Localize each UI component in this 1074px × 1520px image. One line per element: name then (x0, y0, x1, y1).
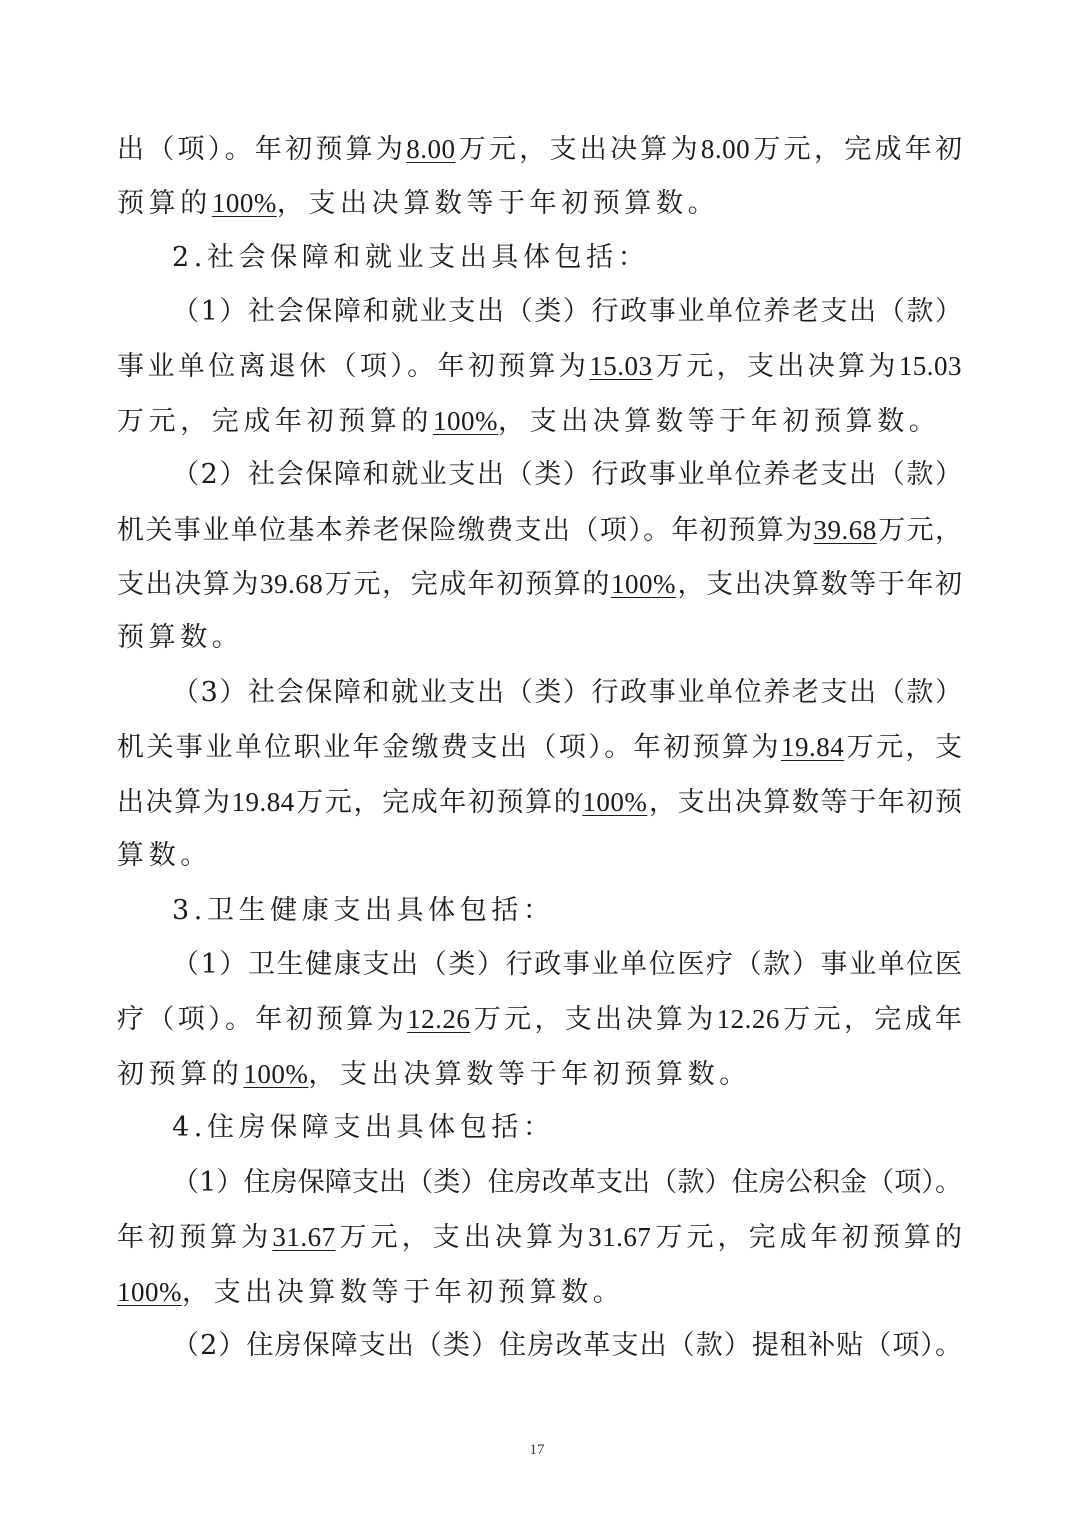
text-segment: （3）社会保障和就业支出（类）行政事业单位养老支出（款） (172, 677, 962, 708)
underlined-amount: 100% (117, 1277, 182, 1307)
text-segment: 万元， (877, 515, 962, 546)
text-line: 初预算的100%，支出决算数等于年初预算数。 (117, 1056, 962, 1092)
amount: 19.84 (231, 787, 294, 817)
text-segment: （1）社会保障和就业支出（类）行政事业单位养老支出（款） (172, 296, 962, 327)
text-line: 4.住房保障支出具体包括： (172, 1110, 962, 1146)
text-segment: 4.住房保障支出具体包括： (172, 1112, 555, 1143)
document-page: 出（项）。年初预算为8.00万元，支出决算为8.00万元，完成年初预算的100%… (0, 0, 1074, 1520)
text-segment: 初预算的 (117, 1059, 243, 1090)
text-segment: ，支出决算数等于年初预算数。 (277, 188, 719, 219)
text-segment: ，支出决算数等于年初预算数。 (498, 406, 940, 437)
text-segment: （1）住房保障支出（类）住房改革支出（款）住房公积金（项）。 (172, 1167, 962, 1198)
underlined-amount: 39.68 (814, 515, 877, 545)
underlined-amount: 100% (243, 1059, 308, 1089)
underlined-amount: 100% (611, 569, 676, 599)
text-line: 预算的100%，支出决算数等于年初预算数。 (117, 185, 962, 221)
underlined-amount: 15.03 (589, 351, 652, 381)
text-segment: ，支出决算数等于年初预算数。 (308, 1059, 750, 1090)
text-line: 万元，完成年初预算的100%，支出决算数等于年初预算数。 (117, 403, 962, 439)
page-number: 17 (0, 1442, 1074, 1459)
underlined-amount: 100% (433, 406, 498, 436)
amount: 39.68 (260, 569, 323, 599)
text-line: （1）住房保障支出（类）住房改革支出（款）住房公积金（项）。 (172, 1165, 962, 1201)
text-line: 机关事业单位职业年金缴费支出（项）。年初预算为19.84万元，支 (117, 729, 962, 765)
text-segment: 万元，支出决算为 (336, 1222, 589, 1253)
text-segment: 支出决算为 (117, 569, 260, 600)
text-segment: （1）卫生健康支出（类）行政事业单位医疗（款）事业单位医 (172, 949, 962, 980)
text-line: 支出决算为39.68万元，完成年初预算的100%，支出决算数等于年初 (117, 566, 962, 602)
text-segment: 万元，完成年初预算的 (295, 787, 583, 818)
underlined-amount: 12.26 (407, 1004, 470, 1034)
text-line: 机关事业单位基本养老保险缴费支出（项）。年初预算为39.68万元， (117, 512, 962, 548)
text-line: （1）卫生健康支出（类）行政事业单位医疗（款）事业单位医 (172, 947, 962, 983)
text-segment: 年初预算为 (117, 1222, 272, 1253)
text-segment: 万元，完成年初预算的 (651, 1222, 962, 1253)
text-segment: 万元，完成年初 (750, 134, 962, 165)
text-segment: 事业单位离退休（项）。年初预算为 (117, 351, 589, 382)
text-segment: ，支出决算数等于年初预 (647, 787, 962, 818)
text-segment: （2）社会保障和就业支出（类）行政事业单位养老支出（款） (172, 459, 962, 490)
text-segment: 万元，完成年初预算的 (323, 569, 611, 600)
amount: 8.00 (701, 134, 750, 164)
text-segment: 3.卫生健康支出具体包括： (172, 895, 555, 926)
text-line: 算数。 (117, 838, 962, 874)
text-segment: 机关事业单位职业年金缴费支出（项）。年初预算为 (117, 732, 781, 763)
text-line: 事业单位离退休（项）。年初预算为15.03万元，支出决算为15.03 (117, 348, 962, 384)
underlined-amount: 100% (582, 787, 647, 817)
text-segment: 算数。 (117, 840, 212, 871)
text-line: 出（项）。年初预算为8.00万元，支出决算为8.00万元，完成年初 (117, 131, 962, 167)
text-line: 3.卫生健康支出具体包括： (172, 893, 962, 929)
text-segment: 万元，支出决算为 (455, 134, 700, 165)
text-line: 2.社会保障和就业支出具体包括： (172, 240, 962, 276)
text-segment: 万元，完成年初预算的 (117, 406, 433, 437)
text-line: （2）住房保障支出（类）住房改革支出（款）提租补贴（项）。 (172, 1328, 962, 1364)
underlined-amount: 19.84 (781, 732, 844, 762)
text-segment: ，支出决算数等于年初预算数。 (182, 1277, 624, 1308)
text-segment: 万元，支 (844, 732, 962, 763)
text-segment: ，支出决算数等于年初 (676, 569, 962, 600)
amount: 31.67 (588, 1222, 651, 1252)
text-segment: （2）住房保障支出（类）住房改革支出（款）提租补贴（项）。 (172, 1330, 962, 1361)
text-segment: 机关事业单位基本养老保险缴费支出（项）。年初预算为 (117, 515, 814, 546)
underlined-amount: 8.00 (406, 134, 455, 164)
text-segment: 出决算为 (117, 787, 231, 818)
text-line: （2）社会保障和就业支出（类）行政事业单位养老支出（款） (172, 457, 962, 493)
text-line: 预算数。 (117, 620, 962, 656)
text-segment: 预算的 (117, 188, 212, 219)
underlined-amount: 100% (212, 188, 277, 218)
text-line: 100%，支出决算数等于年初预算数。 (117, 1274, 962, 1310)
text-segment: 疗（项）。年初预算为 (117, 1004, 407, 1035)
underlined-amount: 31.67 (272, 1222, 335, 1252)
amount: 15.03 (899, 351, 962, 381)
text-line: （3）社会保障和就业支出（类）行政事业单位养老支出（款） (172, 675, 962, 711)
text-segment: 万元，完成年 (780, 1004, 962, 1035)
text-segment: 万元，支出决算为 (470, 1004, 716, 1035)
text-line: 疗（项）。年初预算为12.26万元，支出决算为12.26万元，完成年 (117, 1001, 962, 1037)
text-segment: 出（项）。年初预算为 (117, 134, 406, 165)
text-segment: 预算数。 (117, 622, 243, 653)
text-line: 年初预算为31.67万元，支出决算为31.67万元，完成年初预算的 (117, 1219, 962, 1255)
text-segment: 万元，支出决算为 (653, 351, 899, 382)
text-line: （1）社会保障和就业支出（类）行政事业单位养老支出（款） (172, 294, 962, 330)
amount: 12.26 (717, 1004, 780, 1034)
text-segment: 2.社会保障和就业支出具体包括： (172, 242, 649, 273)
text-line: 出决算为19.84万元，完成年初预算的100%，支出决算数等于年初预 (117, 784, 962, 820)
